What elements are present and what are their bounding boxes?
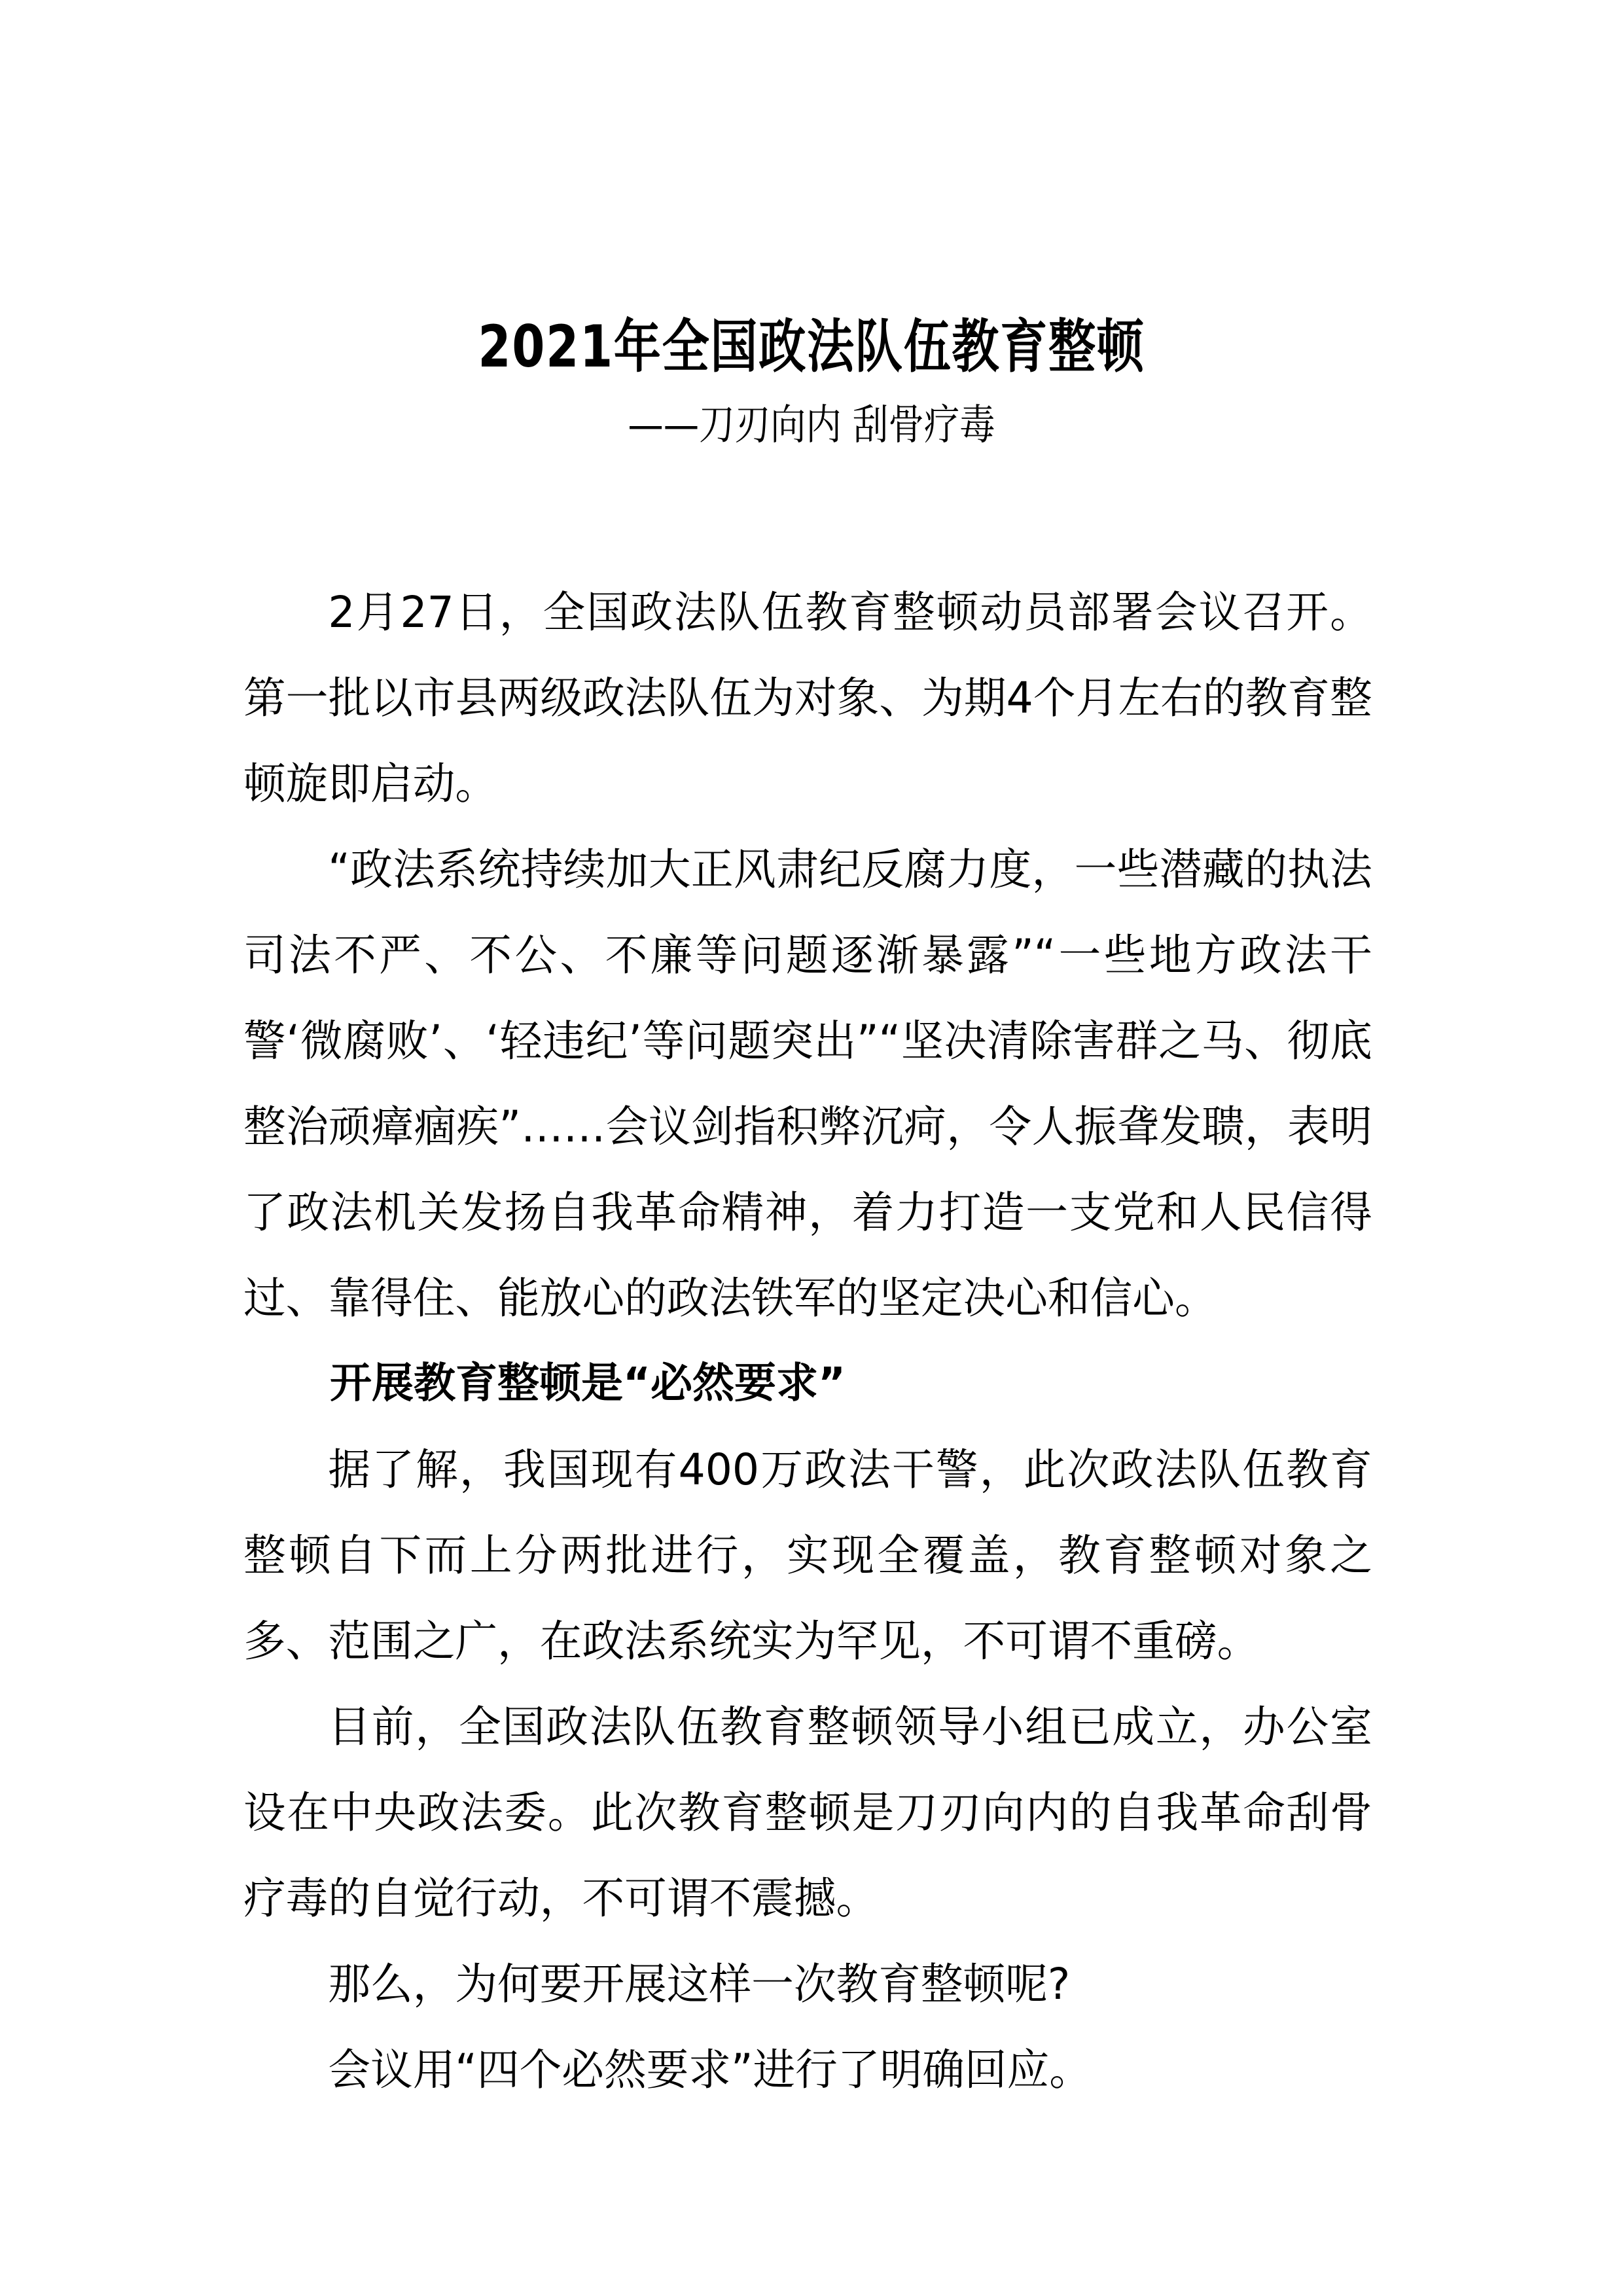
paragraph-meeting-quotes: “政法系统持续加大正风肃纪反腐力度，一些潜藏的执法司法不严、不公、不廉等问题逐渐…	[243, 827, 1372, 1341]
paragraph-meeting-held: 2月27日，全国政法队伍教育整顿动员部署会议召开。第一批以市县两级政法队伍为对象…	[243, 569, 1372, 827]
section-heading-necessary-requirement: 开展教育整顿是“必然要求”	[243, 1341, 1395, 1427]
paragraph-leading-group: 目前，全国政法队伍教育整顿领导小组已成立，办公室设在中央政法委。此次教育整顿是刀…	[243, 1684, 1372, 1941]
paragraph-scale: 据了解，我国现有400万政法干警，此次政法队伍教育整顿自下而上分两批进行，实现全…	[243, 1427, 1372, 1684]
document-page: 2021年全国政法队伍教育整顿 ——刀刃向内 刮骨疗毒 2月27日，全国政法队伍…	[0, 0, 1623, 2296]
document-title: 2021年全国政法队伍教育整顿	[146, 308, 1477, 386]
document-subtitle: ——刀刃向内 刮骨疗毒	[122, 396, 1501, 455]
paragraph-question: 那么，为何要开展这样一次教育整顿呢?	[243, 1941, 1372, 2027]
document-body: 2月27日，全国政法队伍教育整顿动员部署会议召开。第一批以市县两级政法队伍为对象…	[243, 569, 1395, 2113]
paragraph-response: 会议用“四个必然要求”进行了明确回应。	[243, 2027, 1372, 2113]
